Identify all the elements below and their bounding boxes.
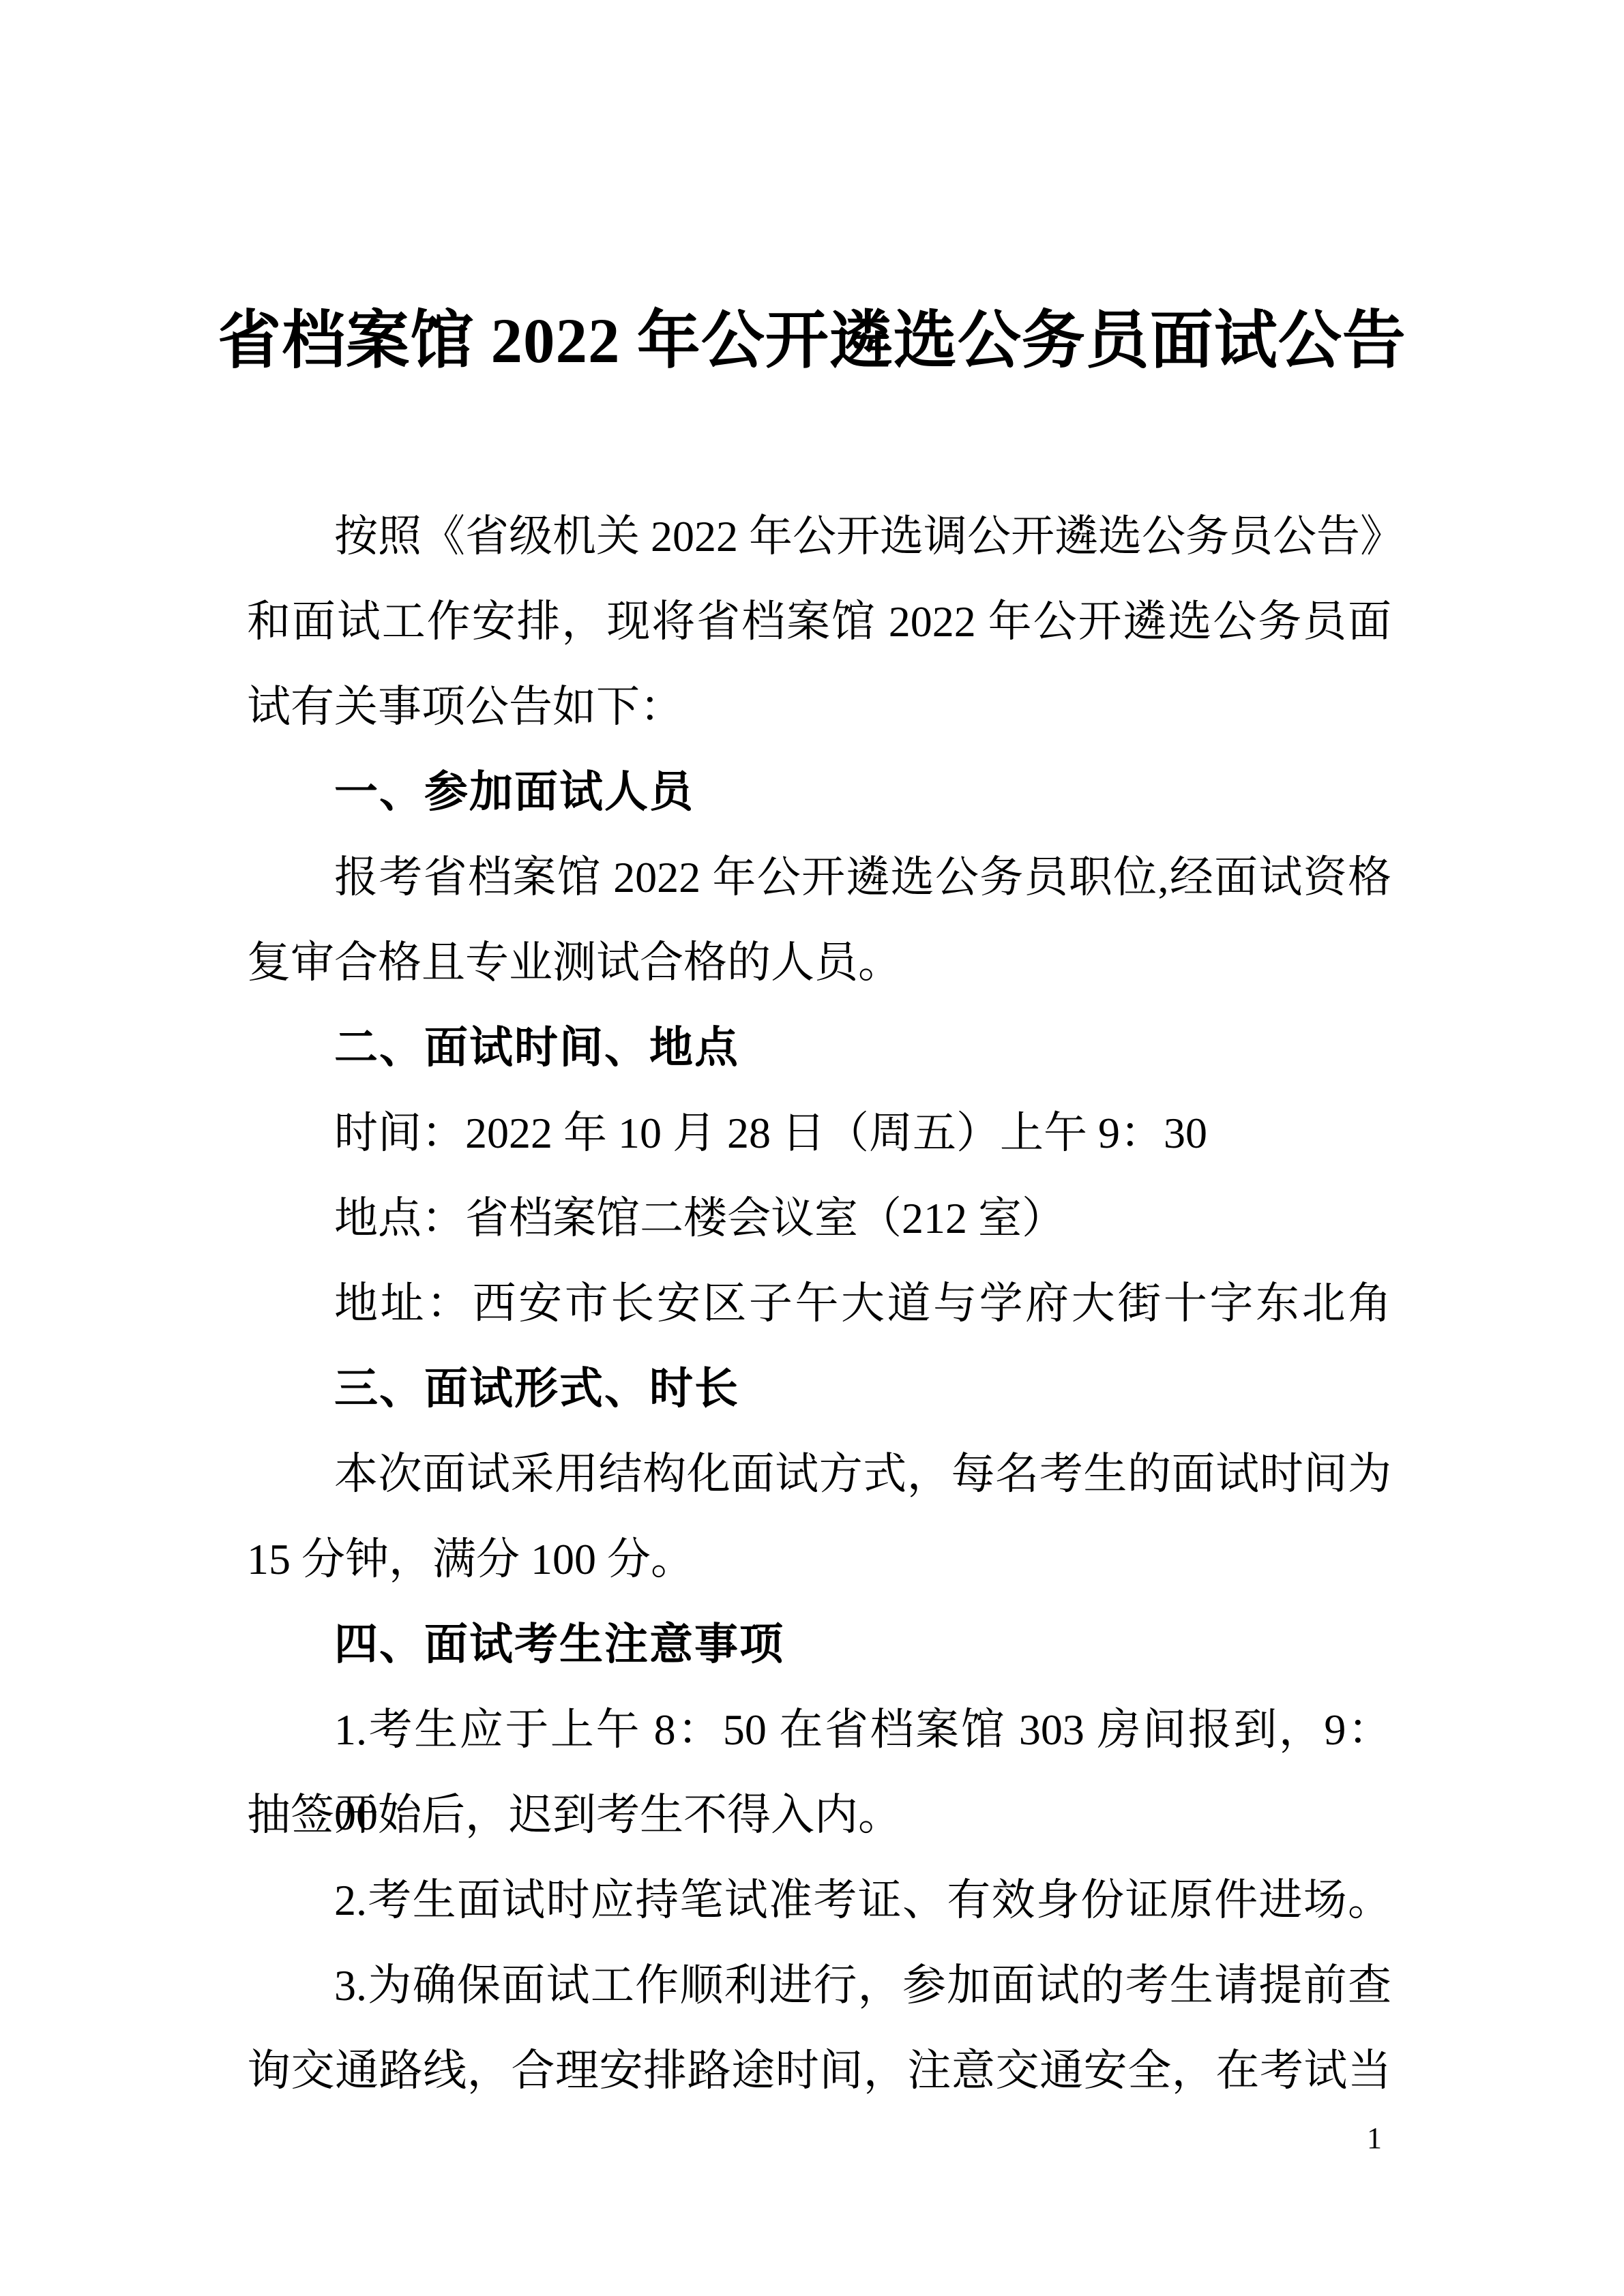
- paragraph-line: 2.考生面试时应持笔试准考证、有效身份证原件进场。: [247, 1858, 1391, 1943]
- section-heading-2: 二、面试时间、地点: [247, 1005, 1391, 1090]
- paragraph-line: 复审合格且专业测试合格的人员。: [247, 920, 1391, 1005]
- paragraph-line: 时间：2022 年 10 月 28 日（周五）上午 9：30: [247, 1090, 1391, 1176]
- paragraph-line: 询交通路线，合理安排路途时间，注意交通安全，在考试当: [247, 2028, 1391, 2113]
- paragraph-line: 抽签开始后，迟到考生不得入内。: [247, 1772, 1391, 1858]
- page-number: 1: [1367, 2118, 1382, 2159]
- section-heading-1: 一、参加面试人员: [247, 749, 1391, 835]
- paragraph-line: 1.考生应于上午 8：50 在省档案馆 303 房间报到，9：00: [247, 1687, 1391, 1772]
- paragraph-line: 报考省档案馆 2022 年公开遴选公务员职位,经面试资格: [247, 835, 1391, 920]
- document-title: 省档案馆 2022 年公开遴选公务员面试公告: [0, 299, 1624, 384]
- paragraph-line: 试有关事项公告如下：: [247, 664, 1391, 749]
- document-body: 按照《省级机关 2022 年公开选调公开遴选公务员公告》 和面试工作安排，现将省…: [247, 494, 1391, 2113]
- paragraph-line: 15 分钟，满分 100 分。: [247, 1517, 1391, 1602]
- paragraph-line: 和面试工作安排，现将省档案馆 2022 年公开遴选公务员面: [247, 579, 1391, 664]
- paragraph-line: 地点：省档案馆二楼会议室（212 室）: [247, 1176, 1391, 1261]
- document-page: 省档案馆 2022 年公开遴选公务员面试公告 按照《省级机关 2022 年公开选…: [0, 0, 1624, 2296]
- section-heading-4: 四、面试考生注意事项: [247, 1602, 1391, 1687]
- paragraph-line: 地址：西安市长安区子午大道与学府大街十字东北角: [247, 1261, 1391, 1346]
- paragraph-line: 按照《省级机关 2022 年公开选调公开遴选公务员公告》: [247, 494, 1391, 579]
- paragraph-line: 3.为确保面试工作顺利进行，参加面试的考生请提前查: [247, 1943, 1391, 2028]
- paragraph-line: 本次面试采用结构化面试方式，每名考生的面试时间为: [247, 1431, 1391, 1517]
- section-heading-3: 三、面试形式、时长: [247, 1346, 1391, 1431]
